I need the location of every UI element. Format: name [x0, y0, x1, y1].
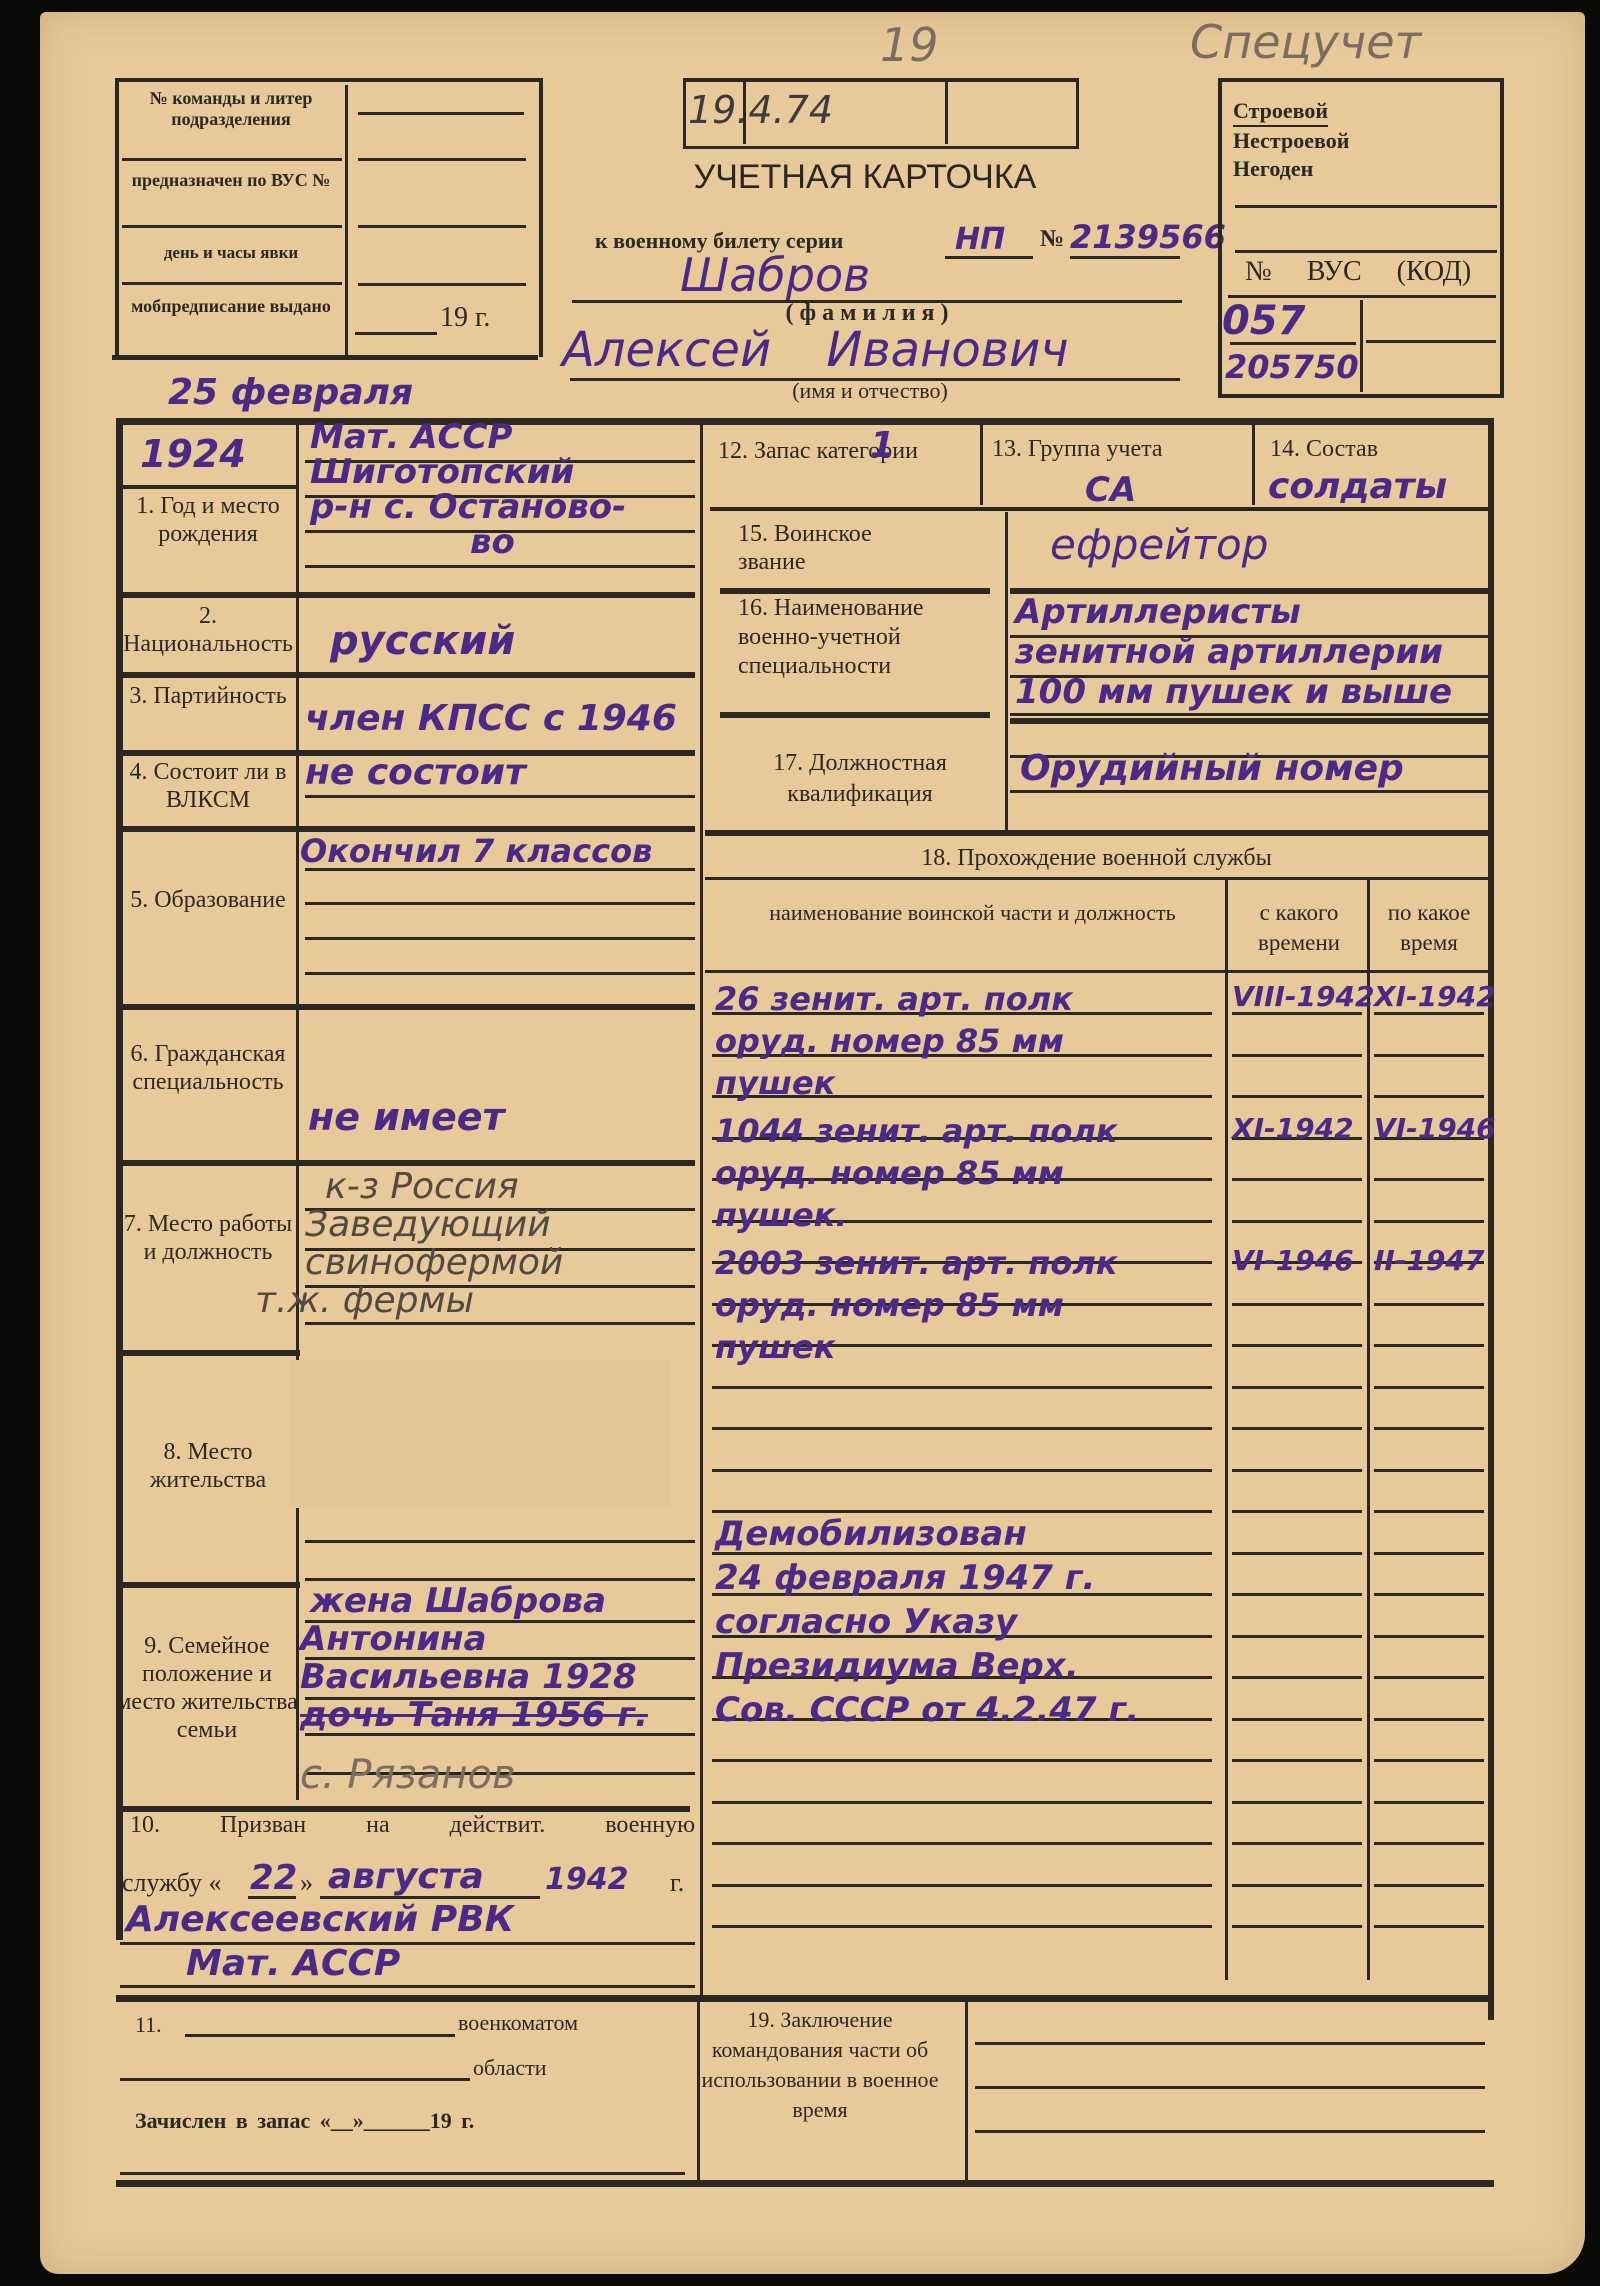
military-id-number: 2139566 — [1070, 218, 1226, 256]
registration-group: СА — [1085, 470, 1136, 510]
birth-day: 25 февраля — [168, 372, 413, 413]
service-entry-from: VI-1946 — [1232, 1244, 1354, 1277]
field-15-label: 15. Воинское звание — [738, 520, 938, 576]
field-1-label: 1. Год и место рождения — [120, 492, 296, 548]
field-7-label: 7. Место работы и должность — [120, 1210, 296, 1266]
field-11-voenkomat: военкоматом — [458, 2010, 578, 2036]
field-12-label: 12. Запас категории — [718, 436, 968, 466]
service-entry-unit: 1044 зенит. арт. полкоруд. номер 85 ммпу… — [715, 1110, 1117, 1236]
col-from-header: с какого времени — [1228, 898, 1370, 958]
nationality: русский — [330, 618, 515, 664]
military-rank: ефрейтор — [1050, 520, 1268, 569]
service-section-title: 18. Прохождение военной службы — [705, 845, 1488, 872]
service-entry-to: II-1947 — [1374, 1244, 1484, 1277]
field-5-label: 5. Образование — [120, 886, 296, 914]
pencil-page-number: 19 — [880, 18, 939, 72]
field-14-label: 14. Состав — [1270, 436, 1378, 463]
komsomol-membership: не состоит — [305, 752, 526, 793]
given-names-caption: (имя и отчество) — [720, 378, 1020, 404]
given-names: Алексей Иванович — [562, 322, 1069, 378]
surname: Шабров — [680, 248, 870, 302]
stamp-date: 19.4.74 — [688, 88, 833, 132]
service-entry-from: VIII-1942 — [1232, 980, 1374, 1013]
family-info: жена Шаброва Антонина Васильевна 1928 до… — [300, 1582, 648, 1734]
redacted-residence — [290, 1360, 670, 1508]
field-4-label: 4. Состоит ли в ВЛКСМ — [118, 758, 298, 814]
fitness-line-combat: Строевой — [1233, 97, 1328, 127]
arrival-time-label: день и часы явки — [118, 243, 344, 263]
vus-number: 057 — [1222, 298, 1306, 344]
field-8-label: 8. Место жительства — [120, 1438, 296, 1494]
vus-code: 205750 — [1225, 348, 1359, 386]
vus-code-header: № ВУС (КОД) — [1245, 256, 1471, 288]
field-17-label: 17. Должностная квалификация — [730, 748, 990, 810]
command-number-label: № команды и литер подразделения — [120, 88, 342, 130]
col-unit-header: наименование воинской части и должность — [720, 898, 1225, 928]
fitness-options: Строевой Нестроевой Негоден — [1233, 97, 1349, 183]
military-specialty: Артиллеристы зенитной артиллерии 100 мм … — [1015, 592, 1452, 712]
personnel-composition: солдаты — [1268, 466, 1447, 507]
conscription-day: 22 — [250, 1858, 297, 1898]
mob-order-year: 19 г. — [440, 302, 490, 334]
pencil-note-special-registry: Спецучет — [1190, 15, 1421, 69]
service-entry-to: VI-1946 — [1374, 1112, 1496, 1145]
mob-order-label: мобпредписание выдано — [120, 296, 342, 317]
service-entry-unit: 26 зенит. арт. полкоруд. номер 85 ммпуше… — [715, 978, 1073, 1104]
conscription-month: августа — [328, 1856, 484, 1897]
col-to-header: по какое время — [1370, 898, 1488, 958]
service-entry-unit: 2003 зенит. арт. полкоруд. номер 85 ммпу… — [715, 1242, 1117, 1368]
field-3-label: 3. Партийность — [120, 682, 296, 710]
reserve-category: 1 — [870, 425, 895, 466]
field-9-label: 9. Семейное положение и место жительства… — [112, 1632, 302, 1744]
workplace: к-з Россия Заведующий свинофермой т.ж. ф… — [305, 1168, 563, 1320]
field-6-label: 6. Гражданская специальность — [118, 1040, 298, 1096]
conscription-year: 1942 — [545, 1862, 629, 1897]
civil-specialty: не имеет — [308, 1095, 505, 1139]
card-title: УЧЕТНАЯ КАРТОЧКА — [630, 158, 1100, 197]
field-2-label: 2. Национальность — [120, 602, 296, 658]
demobilization-note: Демобилизован 24 февраля 1947 г. согласн… — [715, 1512, 1139, 1732]
education: Окончил 7 классов — [300, 832, 652, 870]
service-entry-to: XI-1942 — [1374, 980, 1496, 1013]
field-11-number: 11. — [135, 2012, 162, 2038]
service-entry-from: XI-1942 — [1232, 1112, 1354, 1145]
party-membership: член КПСС с 1946 — [305, 698, 677, 739]
birth-year: 1924 — [140, 432, 246, 476]
position-qualification: Орудийный номер — [1020, 748, 1404, 789]
field-16-label: 16. Наименование военно-учетной специаль… — [738, 594, 978, 681]
enlisted-reserve: Зачислен в запас «__»______19 г. — [135, 2108, 474, 2134]
field-11-oblast: области — [473, 2055, 547, 2081]
military-id-series: НП — [955, 222, 1005, 257]
field-13-label: 13. Группа учета — [992, 436, 1163, 463]
assigned-vus-label: предназначен по ВУС № — [120, 170, 342, 191]
family-village: с. Рязанов — [300, 1752, 516, 1798]
field-10-label: 10. Призван на действит. военную — [130, 1812, 695, 1839]
field-19-label: 19. Заключение командования части об исп… — [700, 2005, 940, 2125]
birth-place: Мат. АССР Шиготопский р-н с. Останово- в… — [310, 420, 626, 560]
